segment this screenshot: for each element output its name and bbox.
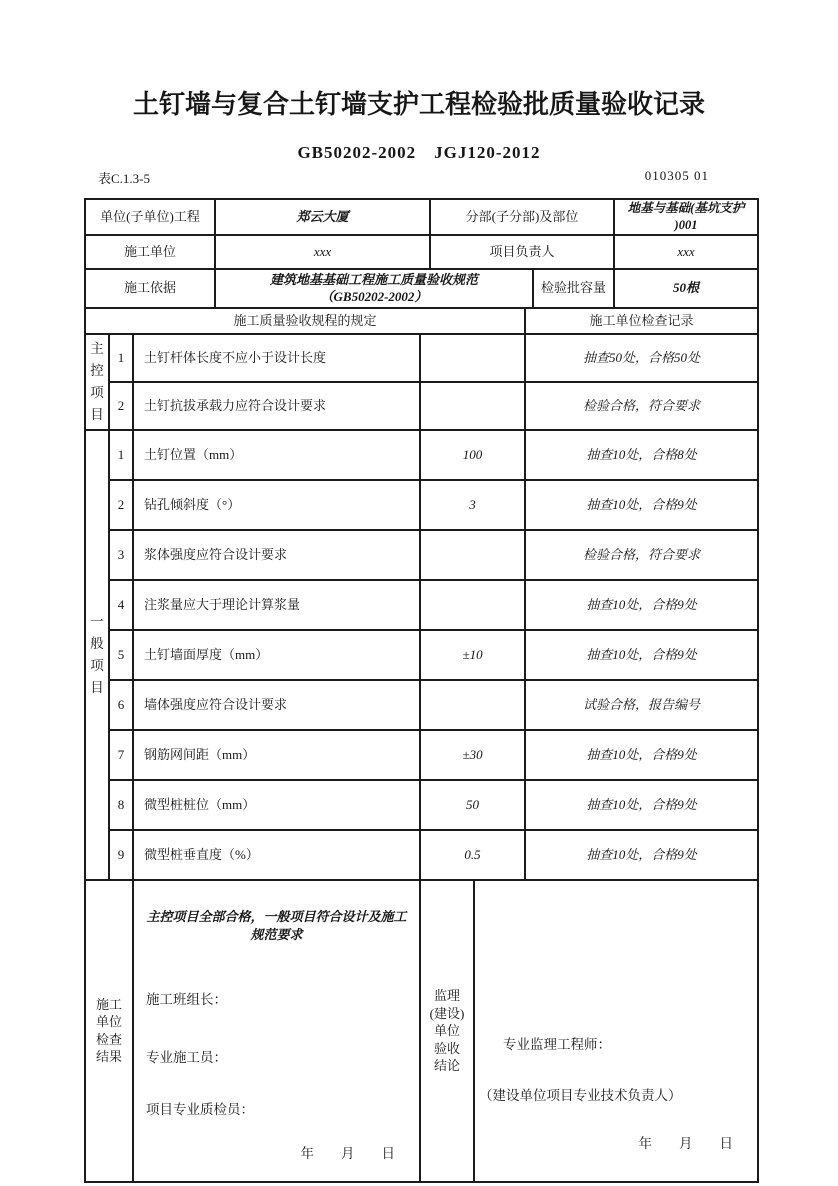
item-record: 抽查50处，合格50处 <box>525 334 758 382</box>
sign-line-crew-leader: 施工班组长： <box>134 991 419 1009</box>
item-record: 检验合格，符合要求 <box>525 530 758 580</box>
items-header-row: 施工质量验收规程的规定 施工单位检查记录 <box>85 308 758 334</box>
item-desc: 土钉墙面厚度（mm） <box>133 630 420 680</box>
item-desc: 土钉杆体长度不应小于设计长度 <box>133 334 420 382</box>
batch-capacity-label: 检验批容量 <box>533 269 614 308</box>
item-no: 4 <box>109 580 133 630</box>
item-row: 2 钻孔倾斜度（°） 3 抽查10处，合格9处 <box>85 480 758 530</box>
form-table: 单位(子单位)工程 郑云大厦 分部(子分部)及部位 地基与基础(基坑支护 )00… <box>84 198 757 1183</box>
item-value: 100 <box>420 430 525 480</box>
page-title: 土钉墙与复合土钉墙支护工程检验批质量验收记录 <box>0 84 838 121</box>
item-record: 抽查10处，合格9处 <box>525 630 758 680</box>
constructor-value: xxx <box>215 235 430 269</box>
info-row-constructor: 施工单位 xxx 项目负责人 xxx <box>85 235 758 269</box>
item-no: 8 <box>109 780 133 830</box>
item-record: 抽查10处，合格9处 <box>525 580 758 630</box>
owner-representative-line: （建设单位项目专业技术负责人） <box>475 1087 757 1105</box>
form-number: 表C.1.3-5 <box>84 168 150 187</box>
spec-header: 施工质量验收规程的规定 <box>85 308 525 334</box>
project-leader-label: 项目负责人 <box>430 235 614 269</box>
item-value: 0.5 <box>420 830 525 880</box>
item-record: 抽查10处，合格9处 <box>525 730 758 780</box>
constructor-check-label: 施工 单位 检查 结果 <box>85 880 133 1182</box>
supervisor-conclusion-label: 监理 (建设) 单位 验收 结论 <box>420 880 474 1182</box>
unit-project-value: 郑云大厦 <box>215 199 430 235</box>
item-no: 6 <box>109 680 133 730</box>
item-desc: 微型桩桩位（mm） <box>133 780 420 830</box>
item-no: 9 <box>109 830 133 880</box>
supervisor-conclusion-cell: 专业监理工程师： （建设单位项目专业技术负责人） 年 月 日 <box>474 880 758 1182</box>
footer-table: 施工 单位 检查 结果 主控项目全部合格，一般项目符合设计及施工 规范要求 施工… <box>84 879 759 1183</box>
item-no: 5 <box>109 630 133 680</box>
item-row: 3 浆体强度应符合设计要求 检验合格，符合要求 <box>85 530 758 580</box>
constructor-check-cell: 主控项目全部合格，一般项目符合设计及施工 规范要求 施工班组长： 专业施工员： … <box>133 880 420 1182</box>
supervisor-sign-line: 专业监理工程师： <box>475 1036 757 1054</box>
item-record: 试验合格，报告编号 <box>525 680 758 730</box>
item-desc: 注浆量应大于理论计算浆量 <box>133 580 420 630</box>
item-record: 检验合格，符合要求 <box>525 382 758 430</box>
item-row: 主 控 项 目 1 土钉杆体长度不应小于设计长度 抽查50处，合格50处 <box>85 334 758 382</box>
unit-project-label: 单位(子单位)工程 <box>85 199 215 235</box>
group-label-main: 主 控 项 目 <box>85 334 109 430</box>
sign-line-builder: 专业施工员： <box>134 1049 419 1067</box>
item-row: 6 墙体强度应符合设计要求 试验合格，报告编号 <box>85 680 758 730</box>
item-desc: 墙体强度应符合设计要求 <box>133 680 420 730</box>
info-table: 单位(子单位)工程 郑云大厦 分部(子分部)及部位 地基与基础(基坑支护 )00… <box>84 198 759 270</box>
item-record: 抽查10处，合格9处 <box>525 830 758 880</box>
item-value <box>420 580 525 630</box>
subdivision-value: 地基与基础(基坑支护 )001 <box>614 199 758 235</box>
item-row: 8 微型桩桩位（mm） 50 抽查10处，合格9处 <box>85 780 758 830</box>
info-row-unit: 单位(子单位)工程 郑云大厦 分部(子分部)及部位 地基与基础(基坑支护 )00… <box>85 199 758 235</box>
item-desc: 钢筋网间距（mm） <box>133 730 420 780</box>
conclusion-text: 主控项目全部合格，一般项目符合设计及施工 规范要求 <box>134 908 419 943</box>
item-row: 9 微型桩垂直度（%） 0.5 抽查10处，合格9处 <box>85 830 758 880</box>
item-value <box>420 530 525 580</box>
meta-row: 表C.1.3-5 010305 01 <box>84 168 755 187</box>
subdivision-label: 分部(子分部)及部位 <box>430 199 614 235</box>
item-row: 4 注浆量应大于理论计算浆量 抽查10处，合格9处 <box>85 580 758 630</box>
item-value: 3 <box>420 480 525 530</box>
footer-row: 施工 单位 检查 结果 主控项目全部合格，一般项目符合设计及施工 规范要求 施工… <box>85 880 758 1182</box>
item-value: ±30 <box>420 730 525 780</box>
item-no: 7 <box>109 730 133 780</box>
item-record: 抽查10处，合格9处 <box>525 480 758 530</box>
item-record: 抽查10处，合格8处 <box>525 430 758 480</box>
group-label-general: 一 般 项 目 <box>85 430 109 880</box>
right-date-line: 年 月 日 <box>475 1135 757 1153</box>
sign-line-quality-inspector: 项目专业质检员： <box>134 1101 419 1119</box>
item-no: 2 <box>109 480 133 530</box>
item-desc: 微型桩垂直度（%） <box>133 830 420 880</box>
item-no: 1 <box>109 430 133 480</box>
item-row: 7 钢筋网间距（mm） ±30 抽查10处，合格9处 <box>85 730 758 780</box>
left-date-line: 年 月 日 <box>134 1145 419 1163</box>
document-sheet: 土钉墙与复合土钉墙支护工程检验批质量验收记录 GB50202-2002 JGJ1… <box>0 0 838 1186</box>
batch-capacity-value: 50根 <box>614 269 758 308</box>
item-row: 2 土钉抗拔承载力应符合设计要求 检验合格，符合要求 <box>85 382 758 430</box>
item-value <box>420 334 525 382</box>
item-record: 抽查10处，合格9处 <box>525 780 758 830</box>
project-leader-value: xxx <box>614 235 758 269</box>
standards-line: GB50202-2002 JGJ120-2012 <box>0 138 838 163</box>
item-no: 2 <box>109 382 133 430</box>
item-row: 一 般 项 目 1 土钉位置（mm） 100 抽查10处，合格8处 <box>85 430 758 480</box>
items-table: 施工质量验收规程的规定 施工单位检查记录 主 控 项 目 1 土钉杆体长度不应小… <box>84 307 759 881</box>
record-header: 施工单位检查记录 <box>525 308 758 334</box>
info-row-basis: 施工依据 建筑地基基础工程施工质量验收规范 （GB50202-2002） 检验批… <box>85 269 758 308</box>
constructor-label: 施工单位 <box>85 235 215 269</box>
item-no: 3 <box>109 530 133 580</box>
item-row: 5 土钉墙面厚度（mm） ±10 抽查10处，合格9处 <box>85 630 758 680</box>
doc-code: 010305 01 <box>645 168 755 187</box>
item-no: 1 <box>109 334 133 382</box>
item-value <box>420 382 525 430</box>
item-desc: 土钉抗拔承载力应符合设计要求 <box>133 382 420 430</box>
item-value: 50 <box>420 780 525 830</box>
item-value: ±10 <box>420 630 525 680</box>
basis-label: 施工依据 <box>85 269 215 308</box>
item-desc: 土钉位置（mm） <box>133 430 420 480</box>
item-desc: 浆体强度应符合设计要求 <box>133 530 420 580</box>
item-desc: 钻孔倾斜度（°） <box>133 480 420 530</box>
basis-table: 施工依据 建筑地基基础工程施工质量验收规范 （GB50202-2002） 检验批… <box>84 268 759 309</box>
item-value <box>420 680 525 730</box>
basis-value: 建筑地基基础工程施工质量验收规范 （GB50202-2002） <box>215 269 533 308</box>
